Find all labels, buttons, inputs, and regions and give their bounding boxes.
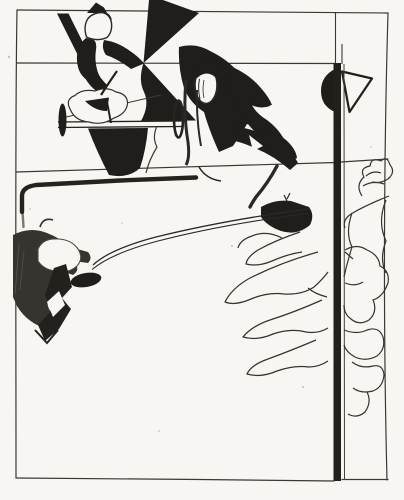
sketch-page bbox=[0, 0, 404, 500]
rail-tail bbox=[23, 212, 24, 227]
speckle-dot bbox=[231, 245, 233, 247]
figure-head bbox=[85, 13, 112, 40]
pole-right-outline bbox=[344, 64, 345, 480]
upper-horizontal-line bbox=[17, 63, 336, 64]
speckle-dot bbox=[370, 146, 372, 148]
speckle-dot bbox=[29, 208, 31, 210]
speckle-dot bbox=[302, 386, 304, 388]
speckle-dot bbox=[8, 56, 10, 58]
speckle-dot bbox=[121, 222, 123, 224]
table-left-wheel bbox=[59, 104, 67, 137]
speckle-dot bbox=[158, 430, 160, 432]
sketch-canvas bbox=[0, 0, 404, 500]
pole-dark-strip bbox=[334, 63, 342, 481]
